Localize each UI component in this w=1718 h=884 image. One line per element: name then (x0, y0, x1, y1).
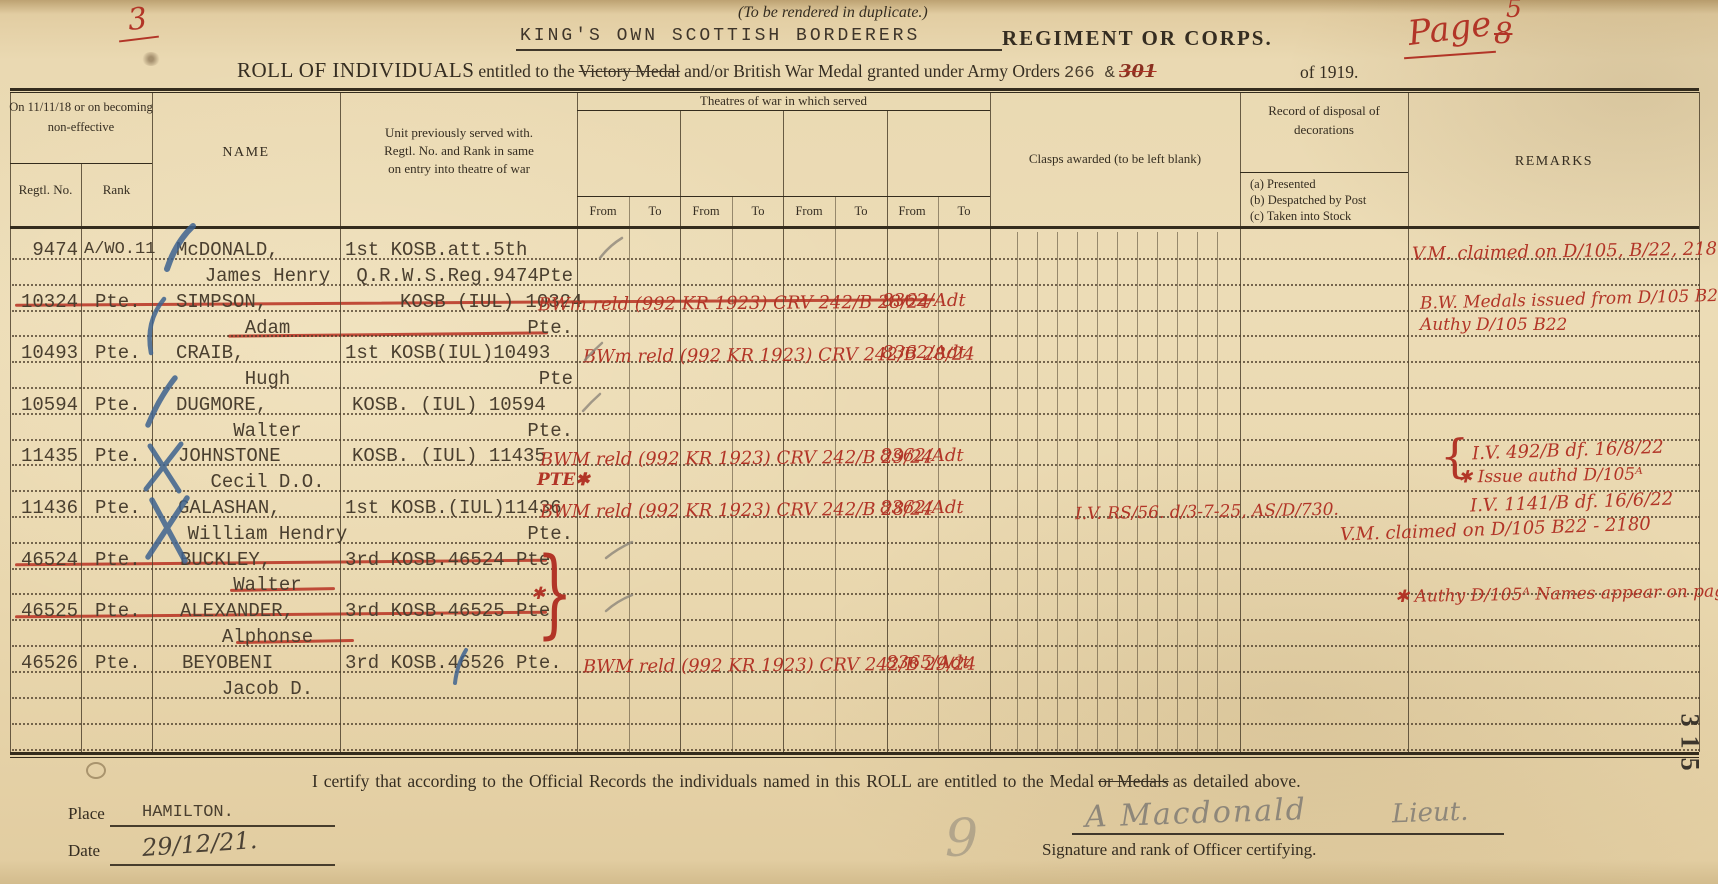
col-header-non-effective: non-effective (10, 121, 152, 134)
army-order-number: 266 & (1064, 64, 1115, 83)
roll-title-mid2: and/or British War Medal granted under A… (684, 61, 1060, 81)
clasps-note: I.V. RS/56. d/3-7-25, AS/D/730. (1075, 502, 1339, 524)
roll-title-mid1: entitled to the (478, 61, 574, 81)
roll-title-lead: ROLL OF INDIVIDUALS (237, 58, 474, 82)
rule-line (1057, 232, 1058, 752)
col-header-regtl-no: Regtl. No. (10, 183, 81, 197)
col-header-disposal-a: (a) Presented (1250, 178, 1316, 191)
rank: Pte. (95, 499, 141, 519)
theatre-note-ref: 8362/Adt (882, 344, 966, 363)
rule-line (1217, 232, 1218, 752)
regtl-no: 10594 (12, 396, 78, 416)
surname: DUGMORE, (176, 396, 267, 416)
col-header-name: NAME (152, 146, 340, 161)
rule-line (10, 752, 1699, 755)
theatre-note-ref: 8365/Adt (886, 654, 970, 673)
forename: James Henry (160, 267, 375, 287)
remark: ✱ Issue authd D/105ᴬ (1458, 466, 1643, 487)
medal-roll-scan: { "header": { "duplicate_note": "(To be … (0, 0, 1718, 884)
signature-underline (1072, 833, 1504, 835)
place-label: Place (68, 805, 105, 823)
col-header-disposal-b: (b) Despatched by Post (1250, 194, 1366, 207)
signature-rank: Lieut. (1392, 799, 1469, 829)
rule-line (1177, 232, 1178, 752)
signature-caption: Signature and rank of Officer certifying… (1042, 841, 1316, 859)
rule-line (1197, 232, 1198, 752)
rule-line (10, 226, 1699, 229)
unit-line1: 1st KOSB.(IUL)11436 (345, 499, 562, 519)
col-header-remarks: REMARKS (1408, 155, 1700, 170)
remark: Authy D/105 B22 (1420, 317, 1567, 335)
regiment-or-corps-label: REGIMENT OR CORPS. (1002, 27, 1273, 49)
theatre-note: BWM reld (992 KR 1923) CRV 242/B 29/24 (540, 449, 933, 471)
rule-line (1117, 232, 1118, 752)
rule-line (1240, 172, 1408, 173)
pencil-tick-mark (583, 394, 600, 411)
rule-line (577, 196, 990, 197)
remark: I.V. 492/B df. 16/8/22 (1472, 439, 1664, 465)
unit-line1: 1st KOSB.att.5th (345, 241, 527, 261)
dotted-row-line (12, 749, 1700, 751)
roll-title: ROLL OF INDIVIDUALS entitled to the Vict… (237, 59, 1157, 83)
signature: A Macdonald (1085, 794, 1308, 833)
rule-line (1137, 232, 1138, 752)
certify-text-2: as detailed above. (1173, 771, 1301, 791)
rule-line (1408, 92, 1409, 752)
regiment-name-underline (516, 49, 1002, 51)
unit-line2: Pte (345, 370, 573, 390)
col-header-from-3: From (784, 205, 834, 218)
regtl-no: 10493 (12, 344, 78, 364)
forename: Alphonse (160, 628, 375, 648)
ink-smudge (142, 52, 160, 66)
regtl-no: 11436 (12, 499, 78, 519)
col-header-to-1: To (630, 205, 680, 218)
unit-line1: KOSB. (IUL) 10594 (352, 396, 546, 416)
rule-line (1699, 92, 1700, 752)
forename: Walter (160, 422, 375, 442)
theatre-note-ref: 8362/Adt (882, 292, 966, 311)
regiment-name: KING'S OWN SCOTTISH BORDERERS (520, 27, 920, 46)
rule-line (1097, 232, 1098, 752)
rank: Pte. (95, 602, 141, 622)
rule-line (1240, 92, 1241, 752)
unit-line2: Pte. (345, 422, 573, 442)
col-header-disposal-1: Record of disposal of (1240, 104, 1408, 118)
unit-line1: 3rd KOSB.46525 Pte (345, 602, 550, 622)
regtl-no: 46524 (12, 551, 78, 571)
rank: A/WO.11 (84, 241, 155, 259)
rule-line (1077, 232, 1078, 752)
col-header-disposal-2: decorations (1240, 123, 1408, 137)
regtl-no: 11435 (12, 447, 78, 467)
col-header-from-1: From (578, 205, 628, 218)
col-header-rank: Rank (81, 183, 152, 197)
unit-line1: 3rd KOSB.46526 Pte. (345, 654, 562, 674)
forename: Walter (160, 576, 375, 596)
rank: Pte. (95, 654, 141, 674)
rule-line (10, 88, 1699, 91)
remark: ✱ Authy D/105ᴬ Names appear on page 1 (1395, 583, 1718, 607)
col-header-on-date: On 11/11/18 or on becoming (4, 101, 158, 114)
unit-line2: Q.R.W.S.Reg.9474Pte (345, 267, 573, 287)
regtl-no: 10324 (12, 293, 78, 313)
surname: JOHNSTONE (178, 447, 281, 467)
remark: V.M. claimed on D/105, B/22, 2180 (1412, 240, 1718, 264)
col-header-from-4: From (887, 205, 937, 218)
surname: BUCKLEY, (180, 551, 271, 571)
surname: McDONALD, (176, 241, 279, 261)
col-header-disposal-c: (c) Taken into Stock (1250, 210, 1351, 223)
rank: Pte. (95, 551, 141, 571)
regtl-no: 9474 (12, 241, 78, 261)
red-sheet-number: 3 (126, 3, 148, 36)
dotted-row-line (12, 723, 1700, 725)
surname: ALEXANDER, (180, 602, 294, 622)
surname: CRAIB, (176, 344, 244, 364)
forename: Cecil D.O. (160, 473, 375, 493)
rule-line (1017, 232, 1018, 752)
certify-text-1: I certify that according to the Official… (312, 771, 1094, 791)
rank: Pte. (95, 447, 141, 467)
rule-line (10, 757, 1699, 758)
rule-line (1037, 232, 1038, 752)
regtl-no: 46525 (12, 602, 78, 622)
page-label: Page (1406, 7, 1493, 53)
brace-star: ✱ (531, 586, 545, 604)
forename: Jacob D. (160, 680, 375, 700)
rule-line (152, 92, 153, 752)
col-header-unit-3: on entry into theatre of war (345, 162, 573, 176)
date-label: Date (68, 842, 100, 860)
ring-smudge (86, 762, 106, 779)
theatre-note-ref: 8362/Adt (880, 499, 964, 518)
date-value: 29/12/21. (141, 828, 258, 861)
col-header-unit-1: Unit previously served with. (345, 126, 573, 140)
forename: Hugh (160, 370, 375, 390)
date-underline (110, 864, 335, 866)
col-header-theatres: Theatres of war in which served (577, 94, 990, 108)
place-value: HAMILTON. (142, 804, 234, 822)
pencil-figure: 9 (945, 812, 978, 867)
surname: BEYOBENI (182, 654, 273, 674)
regtl-no: 46526 (12, 654, 78, 674)
rule-line (81, 163, 82, 752)
rule-line (577, 110, 990, 111)
surname: GALASHAN, (178, 499, 281, 519)
army-order-struck: 301 (1119, 61, 1157, 82)
rule-line (1157, 232, 1158, 752)
col-header-to-2: To (733, 205, 783, 218)
unit-line1: KOSB. (IUL) 11435 (352, 447, 546, 467)
forename: William Hendry (160, 525, 375, 545)
certify-line: I certify that according to the Official… (312, 772, 1301, 792)
title-year: of 1919. (1300, 63, 1358, 81)
col-header-clasps: Clasps awarded (to be left blank) (990, 152, 1240, 166)
rank: Pte. (95, 396, 141, 416)
unit-line1: 1st KOSB(IUL)10493 (345, 344, 550, 364)
theatre-note: BWm reld (992 KR 1923) CRV 242/B 28/24 (538, 294, 930, 316)
rank: Pte. (95, 344, 141, 364)
pencil-tick-mark (600, 238, 622, 258)
unit-line1: 3rd KOSB.46524 Pte (345, 551, 550, 571)
rank-correction-red: PTE✱ (537, 472, 590, 490)
col-header-to-4: To (939, 205, 989, 218)
col-header-to-3: To (836, 205, 886, 218)
col-header-unit-2: Regtl. No. and Rank in same (345, 144, 573, 158)
unit-line2: Pte. (345, 319, 573, 339)
remark: I.V. 1141/B df. 16/6/22 (1470, 490, 1674, 516)
sheet-serial-number: 315 (1676, 702, 1703, 792)
col-header-from-2: From (681, 205, 731, 218)
surname: SIMPSON, (176, 293, 267, 313)
page-number-new: 5 (1506, 0, 1522, 22)
theatre-note-ref: 8362/Adt (880, 447, 964, 466)
rule-line (10, 163, 152, 164)
victory-medal-struck: Victory Medal (579, 61, 681, 81)
theatre-note: BWM reld (992 KR 1923) CRV 242/B 28/24 (540, 501, 933, 523)
place-underline (110, 825, 335, 827)
forename: Adam (160, 319, 375, 339)
certify-struck: or Medals (1098, 771, 1168, 791)
rank: Pte. (95, 293, 141, 313)
rule-line (577, 92, 578, 752)
rule-line (990, 92, 991, 752)
duplicate-note: (To be rendered in duplicate.) (738, 5, 928, 22)
